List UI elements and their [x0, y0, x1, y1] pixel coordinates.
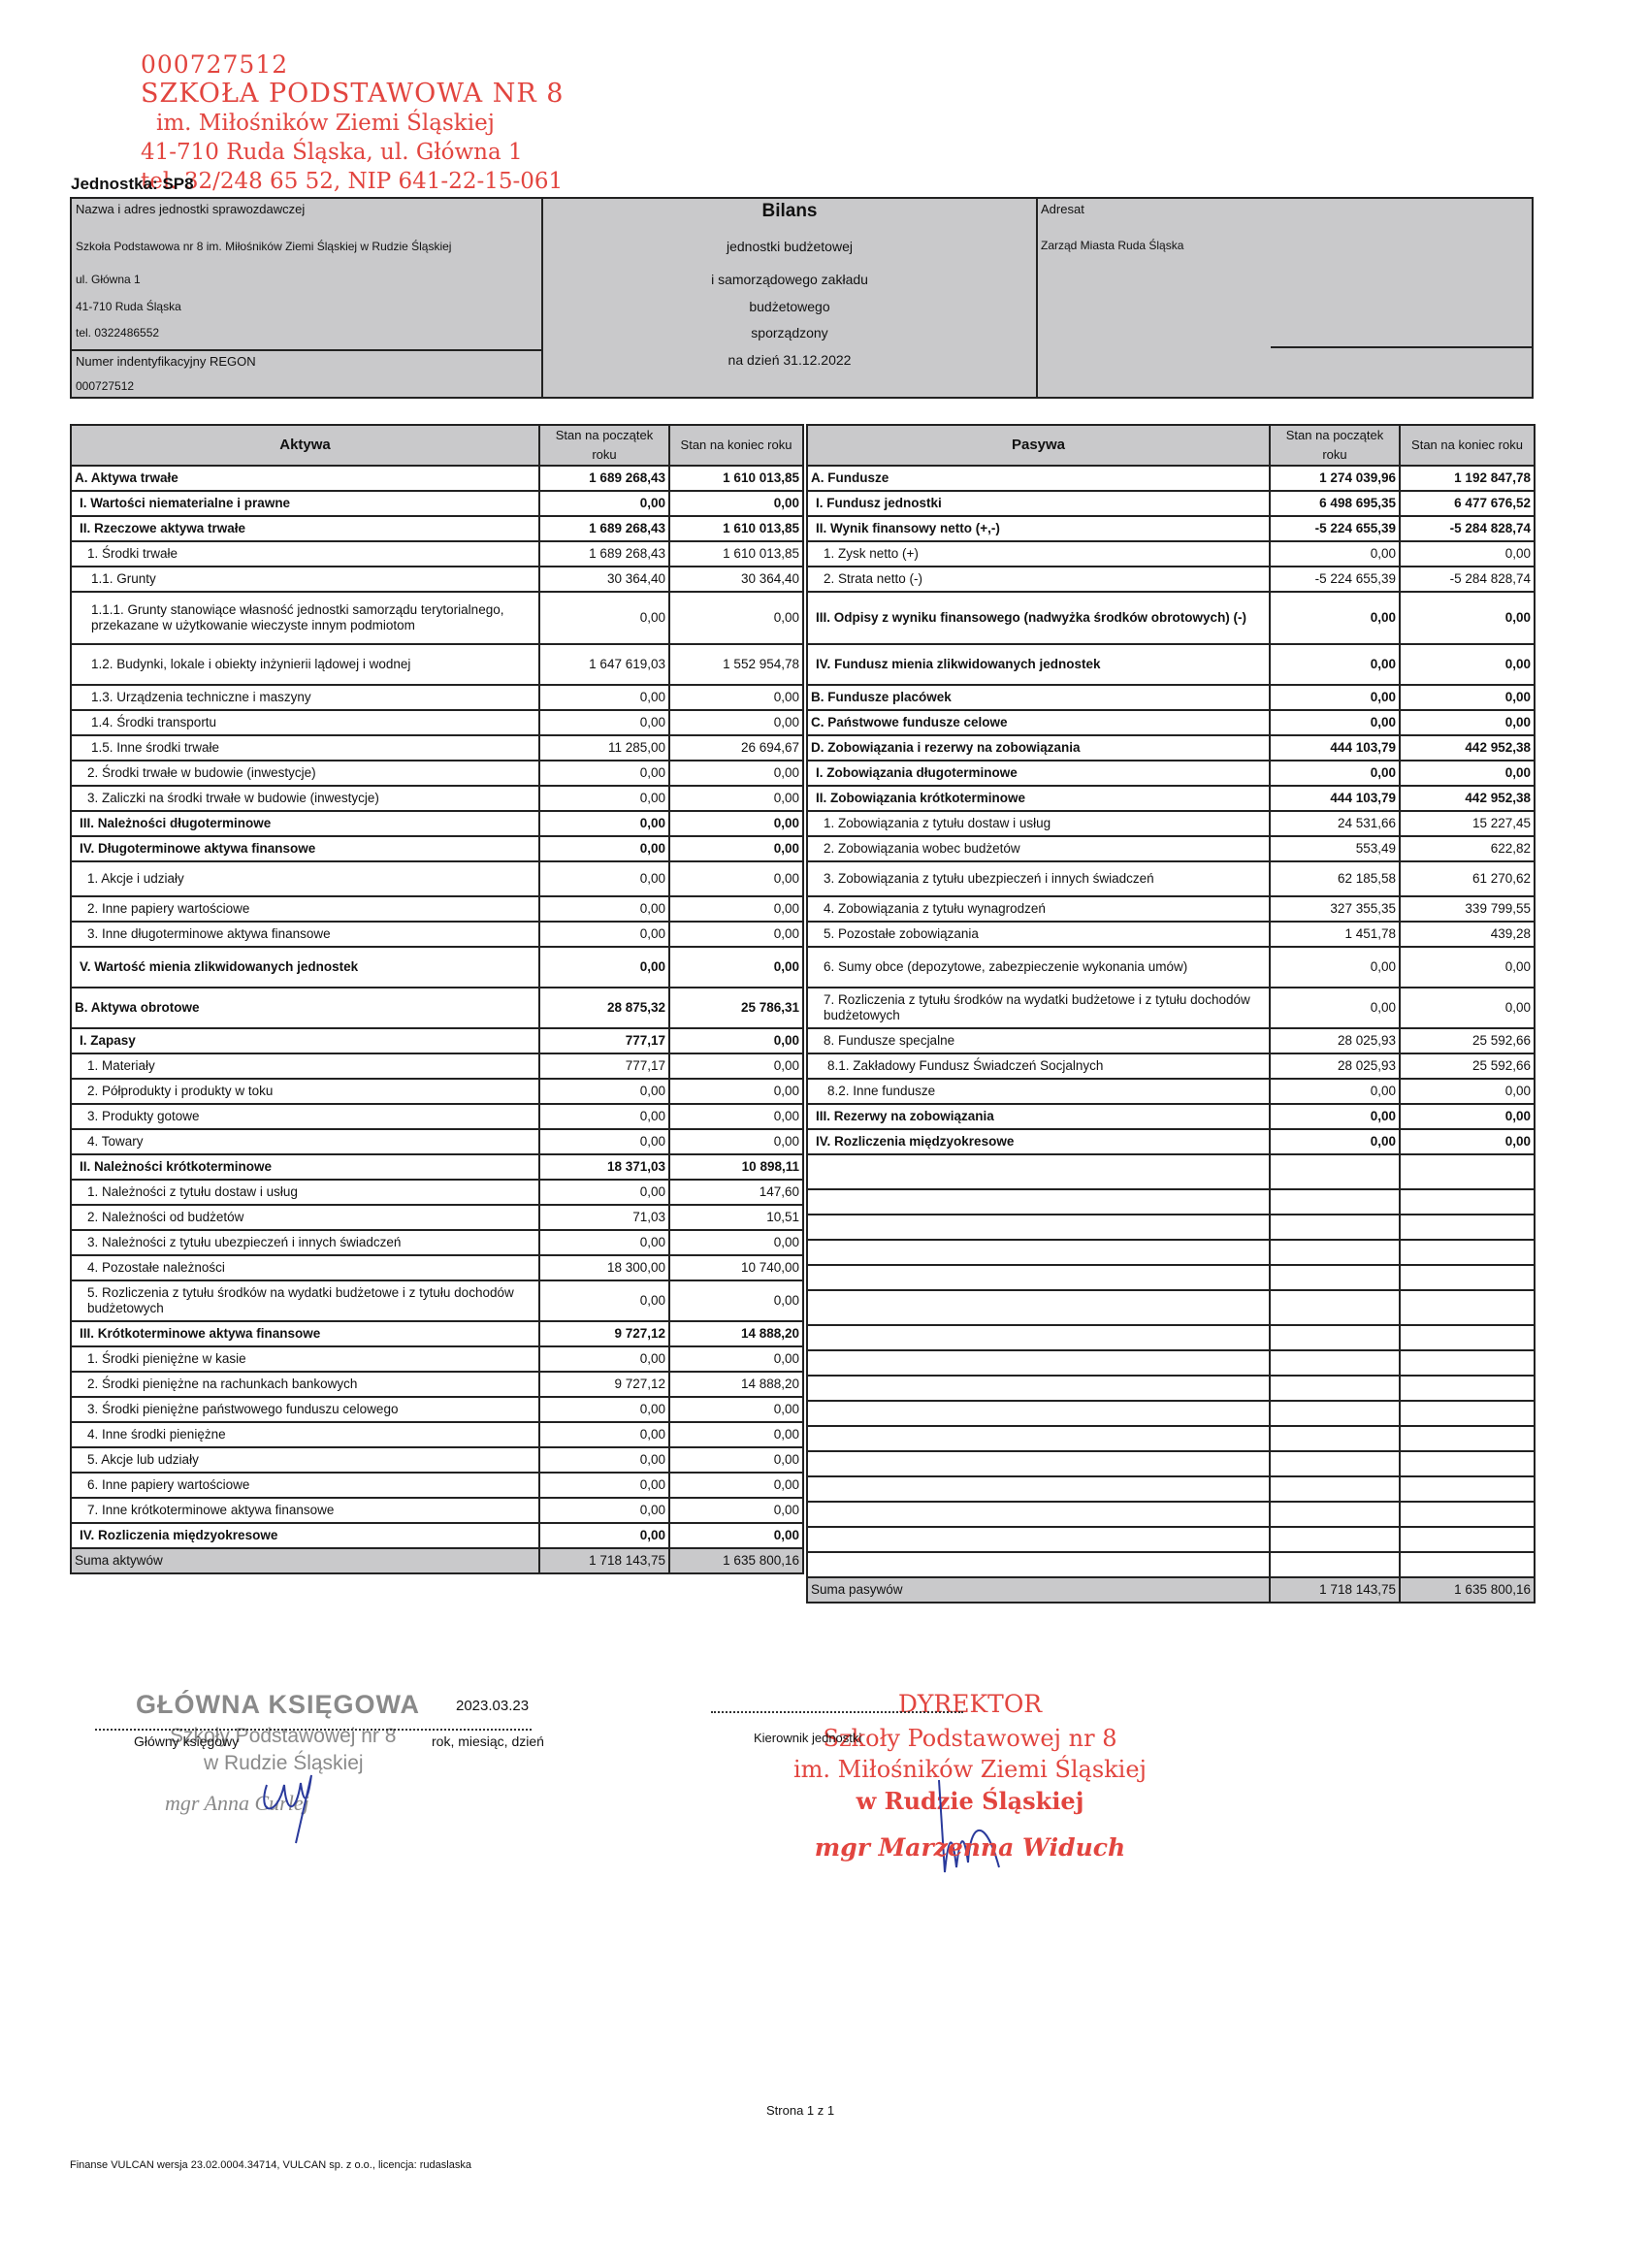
empty-cell: [1270, 1350, 1400, 1376]
row-label: 8.1. Zakładowy Fundusz Świadczeń Socjaln…: [807, 1053, 1270, 1079]
value-end-of-year: 0,00: [669, 1230, 803, 1255]
total-row: Suma pasywów1 718 143,751 635 800,16: [807, 1577, 1535, 1603]
stamp-patron: im. Miłośników Ziemi Śląskiej: [141, 109, 564, 138]
recipient-name: Zarząd Miasta Ruda Śląska: [1041, 239, 1183, 252]
empty-row: [807, 1189, 1535, 1215]
value-end-of-year: 0,00: [669, 786, 803, 811]
table-row: 4. Zobowiązania z tytułu wynagrodzeń327 …: [807, 896, 1535, 922]
empty-cell: [1270, 1502, 1400, 1527]
row-label: 1. Środki trwałe: [71, 541, 539, 567]
empty-row: [807, 1426, 1535, 1451]
software-footer: Finanse VULCAN wersja 23.02.0004.34714, …: [70, 2159, 471, 2171]
empty-cell: [1400, 1215, 1535, 1240]
empty-row: [807, 1476, 1535, 1502]
table-row: 8.1. Zakładowy Fundusz Świadczeń Socjaln…: [807, 1053, 1535, 1079]
value-start-of-year: 9 727,12: [539, 1321, 669, 1346]
value-end-of-year: 10,51: [669, 1205, 803, 1230]
empty-cell: [1270, 1401, 1400, 1426]
table-row: IV. Rozliczenia międzyokresowe0,000,00: [807, 1129, 1535, 1154]
empty-cell: [1400, 1290, 1535, 1325]
empty-row: [807, 1350, 1535, 1376]
empty-cell: [1270, 1376, 1400, 1401]
row-label: III. Rezerwy na zobowiązania: [807, 1104, 1270, 1129]
value-start-of-year: 553,49: [1270, 836, 1400, 861]
table-row: 5. Akcje lub udziały0,000,00: [71, 1447, 803, 1473]
empty-cell: [1270, 1215, 1400, 1240]
date-caption: rok, miesiąc, dzień: [432, 1733, 544, 1749]
director-stamp-name: mgr Marzenna Widuch: [776, 1833, 1164, 1862]
row-label: I. Wartości niematerialne i prawne: [71, 491, 539, 516]
value-start-of-year: 327 355,35: [1270, 896, 1400, 922]
reporting-unit-section: Nazwa i adres jednostki sprawozdawczej S…: [72, 199, 543, 397]
director-signature-icon: [931, 1775, 1009, 1882]
value-end-of-year: 1 610 013,85: [669, 516, 803, 541]
row-label: 4. Inne środki pieniężne: [71, 1422, 539, 1447]
value-start-of-year: 0,00: [539, 685, 669, 710]
value-end-of-year: 1 192 847,78: [1400, 466, 1535, 491]
row-label: B. Aktywa obrotowe: [71, 988, 539, 1028]
empty-row: [807, 1552, 1535, 1577]
table-row: 7. Rozliczenia z tytułu środków na wydat…: [807, 988, 1535, 1028]
empty-row: [807, 1527, 1535, 1552]
table-row: 2. Zobowiązania wobec budżetów553,49622,…: [807, 836, 1535, 861]
empty-row: [807, 1290, 1535, 1325]
value-start-of-year: 0,00: [1270, 988, 1400, 1028]
total-row: Suma aktywów1 718 143,751 635 800,16: [71, 1548, 803, 1573]
row-label: A. Fundusze: [807, 466, 1270, 491]
table-row: B. Fundusze placówek0,000,00: [807, 685, 1535, 710]
value-start-of-year: 6 498 695,35: [1270, 491, 1400, 516]
row-label: III. Należności długoterminowe: [71, 811, 539, 836]
row-label: 2. Półprodukty i produkty w toku: [71, 1079, 539, 1104]
value-end-of-year: 14 888,20: [669, 1321, 803, 1346]
table-row: 3. Inne długoterminowe aktywa finansowe0…: [71, 922, 803, 947]
empty-cell: [1270, 1154, 1400, 1189]
value-start-of-year: 0,00: [1270, 592, 1400, 644]
value-start-of-year: 0,00: [539, 1104, 669, 1129]
row-label: 4. Towary: [71, 1129, 539, 1154]
value-end-of-year: 0,00: [669, 1104, 803, 1129]
empty-row: [807, 1154, 1535, 1189]
value-end-of-year: 0,00: [669, 861, 803, 896]
table-row: 2. Należności od budżetów71,0310,51: [71, 1205, 803, 1230]
report-title-section: Bilans jednostki budżetowej i samorządow…: [543, 199, 1038, 397]
value-end-of-year: 442 952,38: [1400, 786, 1535, 811]
value-end-of-year: 0,00: [669, 1053, 803, 1079]
signature-date: 2023.03.23: [456, 1698, 529, 1714]
table-row: 8. Fundusze specjalne28 025,9325 592,66: [807, 1028, 1535, 1053]
reporting-unit-phone: tel. 0322486552: [76, 326, 159, 340]
value-end-of-year: 0,00: [669, 1397, 803, 1422]
value-end-of-year: 0,00: [669, 896, 803, 922]
value-end-of-year: 1 610 013,85: [669, 466, 803, 491]
empty-cell: [1270, 1240, 1400, 1265]
value-start-of-year: 1 718 143,75: [1270, 1577, 1400, 1603]
row-label: II. Rzeczowe aktywa trwałe: [71, 516, 539, 541]
row-label: 2. Środki trwałe w budowie (inwestycje): [71, 761, 539, 786]
value-start-of-year: 0,00: [539, 947, 669, 988]
table-row: 3. Zaliczki na środki trwałe w budowie (…: [71, 786, 803, 811]
row-label: III. Odpisy z wyniku finansowego (nadwyż…: [807, 592, 1270, 644]
table-row: 1. Materiały777,170,00: [71, 1053, 803, 1079]
value-end-of-year: 10 898,11: [669, 1154, 803, 1180]
value-end-of-year: 0,00: [1400, 1129, 1535, 1154]
empty-cell: [807, 1265, 1270, 1290]
value-start-of-year: 0,00: [539, 1346, 669, 1372]
value-start-of-year: 28 025,93: [1270, 1028, 1400, 1053]
row-label: 8. Fundusze specjalne: [807, 1028, 1270, 1053]
value-start-of-year: 0,00: [539, 761, 669, 786]
empty-cell: [1400, 1376, 1535, 1401]
empty-cell: [807, 1451, 1270, 1476]
empty-row: [807, 1401, 1535, 1426]
value-end-of-year: 15 227,45: [1400, 811, 1535, 836]
value-start-of-year: 62 185,58: [1270, 861, 1400, 896]
row-label: 5. Rozliczenia z tytułu środków na wydat…: [71, 1280, 539, 1321]
report-date: na dzień 31.12.2022: [543, 352, 1036, 368]
value-end-of-year: 0,00: [669, 1523, 803, 1548]
value-end-of-year: 0,00: [669, 1280, 803, 1321]
value-start-of-year: 0,00: [539, 1280, 669, 1321]
empty-cell: [1400, 1426, 1535, 1451]
row-label: 3. Środki pieniężne państwowego funduszu…: [71, 1397, 539, 1422]
table-row: 2. Półprodukty i produkty w toku0,000,00: [71, 1079, 803, 1104]
empty-cell: [1270, 1527, 1400, 1552]
row-label: 1.2. Budynki, lokale i obiekty inżynieri…: [71, 644, 539, 685]
col-start-of-year: Stan na początek roku: [1270, 425, 1400, 466]
value-end-of-year: 0,00: [669, 1473, 803, 1498]
value-start-of-year: 28 025,93: [1270, 1053, 1400, 1079]
row-label: Suma pasywów: [807, 1577, 1270, 1603]
value-end-of-year: 14 888,20: [669, 1372, 803, 1397]
empty-cell: [1400, 1265, 1535, 1290]
value-end-of-year: 0,00: [669, 1129, 803, 1154]
table-row: 1. Akcje i udziały0,000,00: [71, 861, 803, 896]
value-end-of-year: 25 786,31: [669, 988, 803, 1028]
empty-cell: [807, 1154, 1270, 1189]
table-row: I. Zobowiązania długoterminowe0,000,00: [807, 761, 1535, 786]
table-row: III. Odpisy z wyniku finansowego (nadwyż…: [807, 592, 1535, 644]
reporting-unit-name: Szkoła Podstawowa nr 8 im. Miłośników Zi…: [76, 240, 451, 253]
empty-row: [807, 1451, 1535, 1476]
value-start-of-year: 1 647 619,03: [539, 644, 669, 685]
table-row: 1.2. Budynki, lokale i obiekty inżynieri…: [71, 644, 803, 685]
value-start-of-year: 18 371,03: [539, 1154, 669, 1180]
row-label: II. Zobowiązania krótkoterminowe: [807, 786, 1270, 811]
value-start-of-year: 0,00: [1270, 1129, 1400, 1154]
table-row: 1.3. Urządzenia techniczne i maszyny0,00…: [71, 685, 803, 710]
value-start-of-year: 0,00: [539, 896, 669, 922]
row-label: A. Aktywa trwałe: [71, 466, 539, 491]
value-end-of-year: 1 635 800,16: [669, 1548, 803, 1573]
table-row: III. Rezerwy na zobowiązania0,000,00: [807, 1104, 1535, 1129]
value-start-of-year: 0,00: [539, 1498, 669, 1523]
row-label: 1. Akcje i udziały: [71, 861, 539, 896]
empty-cell: [1400, 1476, 1535, 1502]
table-row: I. Zapasy777,170,00: [71, 1028, 803, 1053]
empty-row: [807, 1376, 1535, 1401]
table-row: 6. Sumy obce (depozytowe, zabezpieczenie…: [807, 947, 1535, 988]
signature-line: [711, 1711, 963, 1713]
empty-cell: [807, 1426, 1270, 1451]
value-end-of-year: 1 552 954,78: [669, 644, 803, 685]
value-end-of-year: 0,00: [669, 685, 803, 710]
empty-cell: [807, 1476, 1270, 1502]
row-label: Suma aktywów: [71, 1548, 539, 1573]
table-row: 3. Produkty gotowe0,000,00: [71, 1104, 803, 1129]
value-start-of-year: 0,00: [1270, 644, 1400, 685]
table-row: A. Aktywa trwałe1 689 268,431 610 013,85: [71, 466, 803, 491]
empty-cell: [807, 1325, 1270, 1350]
value-start-of-year: 18 300,00: [539, 1255, 669, 1280]
value-end-of-year: 622,82: [1400, 836, 1535, 861]
table-row: 1. Środki trwałe1 689 268,431 610 013,85: [71, 541, 803, 567]
value-end-of-year: 0,00: [1400, 541, 1535, 567]
table-row: I. Wartości niematerialne i prawne0,000,…: [71, 491, 803, 516]
empty-cell: [1400, 1325, 1535, 1350]
value-end-of-year: -5 284 828,74: [1400, 567, 1535, 592]
row-label: 3. Zobowiązania z tytułu ubezpieczeń i i…: [807, 861, 1270, 896]
value-start-of-year: 0,00: [1270, 685, 1400, 710]
table-row: II. Zobowiązania krótkoterminowe444 103,…: [807, 786, 1535, 811]
table-row: 2. Strata netto (-)-5 224 655,39-5 284 8…: [807, 567, 1535, 592]
table-row: 2. Inne papiery wartościowe0,000,00: [71, 896, 803, 922]
recipient-section: Adresat Zarząd Miasta Ruda Śląska: [1038, 199, 1532, 397]
row-label: 7. Inne krótkoterminowe aktywa finansowe: [71, 1498, 539, 1523]
row-label: IV. Długoterminowe aktywa finansowe: [71, 836, 539, 861]
value-end-of-year: 0,00: [669, 922, 803, 947]
value-start-of-year: 0,00: [539, 1397, 669, 1422]
row-label: 3. Należności z tytułu ubezpieczeń i inn…: [71, 1230, 539, 1255]
value-end-of-year: 0,00: [1400, 947, 1535, 988]
value-end-of-year: 339 799,55: [1400, 896, 1535, 922]
row-label: 3. Produkty gotowe: [71, 1104, 539, 1129]
value-start-of-year: 0,00: [539, 491, 669, 516]
value-start-of-year: 9 727,12: [539, 1372, 669, 1397]
row-label: I. Fundusz jednostki: [807, 491, 1270, 516]
value-end-of-year: 10 740,00: [669, 1255, 803, 1280]
table-row: II. Należności krótkoterminowe18 371,031…: [71, 1154, 803, 1180]
value-end-of-year: 0,00: [1400, 592, 1535, 644]
table-row: 6. Inne papiery wartościowe0,000,00: [71, 1473, 803, 1498]
empty-cell: [1400, 1350, 1535, 1376]
reporting-unit-street: ul. Główna 1: [76, 273, 141, 286]
empty-cell: [807, 1350, 1270, 1376]
value-end-of-year: 439,28: [1400, 922, 1535, 947]
row-label: 6. Sumy obce (depozytowe, zabezpieczenie…: [807, 947, 1270, 988]
table-row: 8.2. Inne fundusze0,000,00: [807, 1079, 1535, 1104]
value-start-of-year: 0,00: [1270, 1104, 1400, 1129]
empty-row: [807, 1502, 1535, 1527]
table-row: D. Zobowiązania i rezerwy na zobowiązani…: [807, 735, 1535, 761]
value-start-of-year: 777,17: [539, 1053, 669, 1079]
value-start-of-year: 0,00: [539, 710, 669, 735]
value-end-of-year: 0,00: [669, 761, 803, 786]
col-start-of-year: Stan na początek roku: [539, 425, 669, 466]
value-start-of-year: 0,00: [539, 1447, 669, 1473]
table-row: IV. Fundusz mienia zlikwidowanych jednos…: [807, 644, 1535, 685]
table-row: 5. Rozliczenia z tytułu środków na wydat…: [71, 1280, 803, 1321]
row-label: 1.4. Środki transportu: [71, 710, 539, 735]
row-label: 4. Pozostałe należności: [71, 1255, 539, 1280]
row-label: 6. Inne papiery wartościowe: [71, 1473, 539, 1498]
empty-cell: [807, 1502, 1270, 1527]
accountant-signature-icon: [247, 1746, 335, 1853]
value-end-of-year: 147,60: [669, 1180, 803, 1205]
empty-cell: [807, 1552, 1270, 1577]
table-row: II. Wynik finansowy netto (+,-)-5 224 65…: [807, 516, 1535, 541]
empty-cell: [1400, 1189, 1535, 1215]
value-end-of-year: 61 270,62: [1400, 861, 1535, 896]
recipient-title: Adresat: [1041, 202, 1084, 216]
table-row: V. Wartość mienia zlikwidowanych jednost…: [71, 947, 803, 988]
empty-cell: [1400, 1552, 1535, 1577]
empty-cell: [1270, 1265, 1400, 1290]
value-start-of-year: 0,00: [1270, 710, 1400, 735]
school-stamp: 000727512 SZKOŁA PODSTAWOWA NR 8 im. Mił…: [141, 50, 564, 196]
reporting-unit-city: 41-710 Ruda Śląska: [76, 300, 181, 313]
value-start-of-year: 0,00: [539, 1129, 669, 1154]
col-end-of-year: Stan na koniec roku: [669, 425, 803, 466]
value-start-of-year: 0,00: [539, 1230, 669, 1255]
empty-cell: [1400, 1154, 1535, 1189]
value-end-of-year: 0,00: [669, 592, 803, 644]
table-row: IV. Rozliczenia międzyokresowe0,000,00: [71, 1523, 803, 1548]
value-end-of-year: 25 592,66: [1400, 1053, 1535, 1079]
empty-cell: [807, 1215, 1270, 1240]
value-end-of-year: 0,00: [1400, 710, 1535, 735]
row-label: D. Zobowiązania i rezerwy na zobowiązani…: [807, 735, 1270, 761]
empty-cell: [1270, 1476, 1400, 1502]
empty-cell: [1270, 1451, 1400, 1476]
value-start-of-year: 444 103,79: [1270, 735, 1400, 761]
value-end-of-year: 30 364,40: [669, 567, 803, 592]
value-end-of-year: 26 694,67: [669, 735, 803, 761]
empty-cell: [1270, 1552, 1400, 1577]
value-end-of-year: 0,00: [1400, 988, 1535, 1028]
accountant-caption: Główny księgowy: [134, 1733, 239, 1749]
row-label: 2. Zobowiązania wobec budżetów: [807, 836, 1270, 861]
assets-table: Aktywa Stan na początek roku Stan na kon…: [70, 424, 804, 1574]
report-header: Nazwa i adres jednostki sprawozdawczej S…: [70, 197, 1534, 399]
row-label: 1.1.1. Grunty stanowiące własność jednos…: [71, 592, 539, 644]
table-row: 1.5. Inne środki trwałe11 285,0026 694,6…: [71, 735, 803, 761]
row-label: 7. Rozliczenia z tytułu środków na wydat…: [807, 988, 1270, 1028]
report-title: Bilans: [543, 201, 1036, 222]
table-row: II. Rzeczowe aktywa trwałe1 689 268,431 …: [71, 516, 803, 541]
stamp-regon: 000727512: [141, 50, 564, 80]
empty-row: [807, 1325, 1535, 1350]
value-end-of-year: 0,00: [669, 836, 803, 861]
director-caption: Kierownik jednostki: [754, 1731, 861, 1745]
value-start-of-year: 0,00: [1270, 947, 1400, 988]
empty-cell: [807, 1401, 1270, 1426]
value-end-of-year: 1 610 013,85: [669, 541, 803, 567]
value-start-of-year: 0,00: [1270, 541, 1400, 567]
value-start-of-year: 1 689 268,43: [539, 466, 669, 491]
unit-label: Jednostka: SP8: [71, 175, 194, 194]
value-end-of-year: 25 592,66: [1400, 1028, 1535, 1053]
value-start-of-year: -5 224 655,39: [1270, 516, 1400, 541]
row-label: 1.1. Grunty: [71, 567, 539, 592]
table-row: 5. Pozostałe zobowiązania1 451,78439,28: [807, 922, 1535, 947]
director-stamp-title: DYREKTOR: [776, 1690, 1164, 1718]
regon-label: Numer indentyfikacyjny REGON: [76, 354, 256, 369]
row-label: 2. Strata netto (-): [807, 567, 1270, 592]
value-start-of-year: 0,00: [539, 811, 669, 836]
value-start-of-year: 0,00: [539, 592, 669, 644]
value-start-of-year: 0,00: [539, 1523, 669, 1548]
page-number: Strona 1 z 1: [766, 2103, 834, 2118]
empty-cell: [1270, 1290, 1400, 1325]
table-row: 1. Zysk netto (+)0,000,00: [807, 541, 1535, 567]
empty-row: [807, 1215, 1535, 1240]
empty-cell: [1400, 1527, 1535, 1552]
row-label: IV. Fundusz mienia zlikwidowanych jednos…: [807, 644, 1270, 685]
row-label: C. Państwowe fundusze celowe: [807, 710, 1270, 735]
report-subtitle-3: budżetowego: [543, 299, 1036, 314]
table-row: 1.1.1. Grunty stanowiące własność jednos…: [71, 592, 803, 644]
row-label: 1. Zysk netto (+): [807, 541, 1270, 567]
empty-row: [807, 1240, 1535, 1265]
table-row: 3. Środki pieniężne państwowego funduszu…: [71, 1397, 803, 1422]
empty-cell: [1400, 1240, 1535, 1265]
value-start-of-year: 0,00: [539, 786, 669, 811]
row-label: 1. Należności z tytułu dostaw i usług: [71, 1180, 539, 1205]
empty-cell: [1400, 1502, 1535, 1527]
table-row: 2. Środki pieniężne na rachunkach bankow…: [71, 1372, 803, 1397]
report-subtitle-2: i samorządowego zakładu: [543, 272, 1036, 287]
row-label: 5. Pozostałe zobowiązania: [807, 922, 1270, 947]
value-end-of-year: 0,00: [669, 1447, 803, 1473]
value-end-of-year: 0,00: [1400, 644, 1535, 685]
table-row: 2. Środki trwałe w budowie (inwestycje)0…: [71, 761, 803, 786]
empty-cell: [807, 1240, 1270, 1265]
liabilities-table: Pasywa Stan na początek roku Stan na kon…: [806, 424, 1536, 1604]
value-start-of-year: -5 224 655,39: [1270, 567, 1400, 592]
row-label: 3. Inne długoterminowe aktywa finansowe: [71, 922, 539, 947]
empty-cell: [1270, 1189, 1400, 1215]
row-label: 2. Inne papiery wartościowe: [71, 896, 539, 922]
row-label: 4. Zobowiązania z tytułu wynagrodzeń: [807, 896, 1270, 922]
value-start-of-year: 28 875,32: [539, 988, 669, 1028]
row-label: 1.5. Inne środki trwałe: [71, 735, 539, 761]
value-start-of-year: 11 285,00: [539, 735, 669, 761]
value-end-of-year: 0,00: [669, 811, 803, 836]
value-end-of-year: 0,00: [669, 1422, 803, 1447]
value-start-of-year: 0,00: [539, 1422, 669, 1447]
value-end-of-year: 0,00: [669, 1346, 803, 1372]
row-label: 3. Zaliczki na środki trwałe w budowie (…: [71, 786, 539, 811]
stamp-address: 41-710 Ruda Śląska, ul. Główna 1: [141, 138, 564, 167]
value-start-of-year: 0,00: [539, 922, 669, 947]
value-start-of-year: 1 689 268,43: [539, 516, 669, 541]
empty-cell: [1400, 1401, 1535, 1426]
value-end-of-year: 0,00: [1400, 761, 1535, 786]
value-end-of-year: 1 635 800,16: [1400, 1577, 1535, 1603]
value-end-of-year: 0,00: [1400, 1104, 1535, 1129]
regon-value: 000727512: [76, 379, 134, 393]
empty-cell: [807, 1189, 1270, 1215]
value-end-of-year: 442 952,38: [1400, 735, 1535, 761]
value-start-of-year: 0,00: [539, 861, 669, 896]
value-start-of-year: 1 451,78: [1270, 922, 1400, 947]
empty-cell: [1270, 1426, 1400, 1451]
row-label: 1.3. Urządzenia techniczne i maszyny: [71, 685, 539, 710]
row-label: II. Wynik finansowy netto (+,-): [807, 516, 1270, 541]
value-end-of-year: 0,00: [669, 947, 803, 988]
row-label: IV. Rozliczenia międzyokresowe: [71, 1523, 539, 1548]
